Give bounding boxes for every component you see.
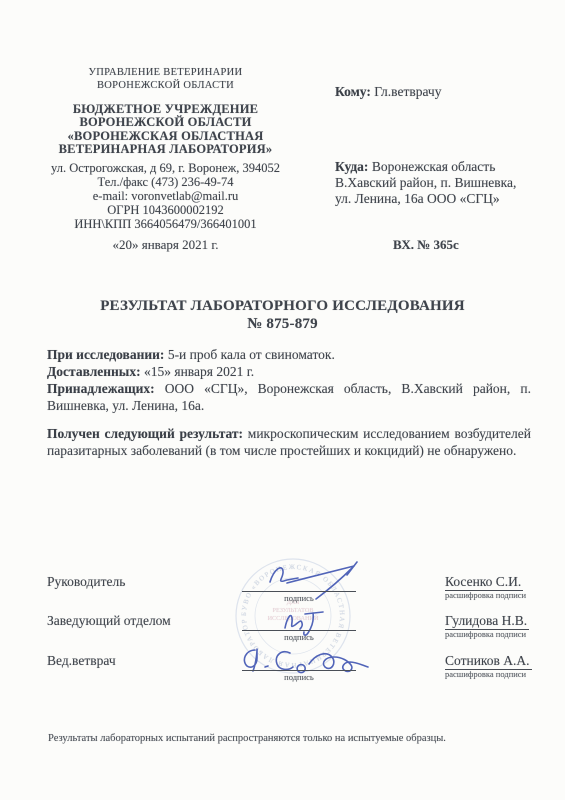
signature-decode-caption: расшифровка подписи xyxy=(445,669,526,679)
recipient-line: Кому: Гл.ветврачу xyxy=(335,84,540,100)
signature-line xyxy=(242,670,356,671)
result-label: Получен следующий результат: xyxy=(47,426,243,441)
org-phone: Тел./факс (473) 236-49-74 xyxy=(38,175,293,189)
authority-line: ВОРОНЕЖСКОЙ ОБЛАСТИ xyxy=(38,79,293,92)
signatory-role: Руководитель xyxy=(47,574,125,590)
footer-disclaimer: Результаты лабораторных испытаний распро… xyxy=(48,733,528,744)
document-number: № 875-879 xyxy=(0,315,565,333)
org-email: e-mail: voronvetlab@mail.ru xyxy=(38,189,293,203)
recipient-label: Кому: xyxy=(335,84,371,99)
signature-line xyxy=(242,630,356,631)
org-ogrn: ОГРН 1043600002192 xyxy=(38,203,293,217)
destination-block: Куда: Воронежская область В.Хавский райо… xyxy=(335,159,545,207)
signature-caption: подпись xyxy=(242,672,356,682)
organization-name: БЮДЖЕТНОЕ УЧРЕЖДЕНИЕ ВОРОНЕЖСКОЙ ОБЛАСТИ… xyxy=(38,103,293,157)
org-line: «ВОРОНЕЖСКАЯ ОБЛАСТНАЯ xyxy=(38,130,293,143)
destination-line: Куда: Воронежская область xyxy=(335,159,545,175)
signature-caption: подпись xyxy=(242,632,356,642)
authority-name: УПРАВЛЕНИЕ ВЕТЕРИНАРИИ ВОРОНЕЖСКОЙ ОБЛАС… xyxy=(38,66,293,92)
authority-line: УПРАВЛЕНИЕ ВЕТЕРИНАРИИ xyxy=(38,66,293,79)
destination-label: Куда: xyxy=(335,159,368,174)
destination-line: В.Хавский район, п. Вишневка, xyxy=(335,175,545,191)
document-date: «20» января 2021 г. xyxy=(38,237,293,253)
research-label: При исследовании: xyxy=(47,347,164,362)
contact-details: ул. Острогожская, д 69, г. Воронеж, 3940… xyxy=(38,161,293,231)
research-line: При исследовании: 5-и проб кала от свино… xyxy=(47,346,531,363)
delivered-label: Доставленных: xyxy=(47,364,141,379)
delivered-value: «15» января 2021 г. xyxy=(144,364,254,379)
research-value: 5-и проб кала от свиноматок. xyxy=(168,347,335,362)
signatory-name: Гулидова Н.В. xyxy=(445,613,529,630)
signature-row-head-of-department: Заведующий отделом подпись Гулидова Н.В.… xyxy=(0,613,565,655)
signature-decode-caption: расшифровка подписи xyxy=(445,590,526,600)
destination-value: Воронежская область xyxy=(372,159,496,174)
result-line: Получен следующий результат: микроскопич… xyxy=(47,425,531,459)
signature-row-lead-vet: Вед.ветврач подпись Сотников А.А. расшиф… xyxy=(0,653,565,695)
scanned-document-page: УПРАВЛЕНИЕ ВЕТЕРИНАРИИ ВОРОНЕЖСКОЙ ОБЛАС… xyxy=(0,0,565,800)
signature-line xyxy=(242,591,356,592)
signature-caption: подпись xyxy=(242,593,356,603)
destination-line: ул. Ленина, 16а ООО «СГЦ» xyxy=(335,191,545,207)
signatory-role: Вед.ветврач xyxy=(47,653,116,669)
document-body: При исследовании: 5-и проб кала от свино… xyxy=(47,346,531,459)
belongs-line: Принадлежащих: ООО «СГЦ», Воронежская об… xyxy=(47,380,531,414)
sender-header-block: УПРАВЛЕНИЕ ВЕТЕРИНАРИИ ВОРОНЕЖСКОЙ ОБЛАС… xyxy=(38,66,293,231)
signatory-name: Косенко С.И. xyxy=(445,574,523,591)
org-inn-kpp: ИНН\КПП 3664056479/366401001 xyxy=(38,217,293,231)
document-title-line: РЕЗУЛЬТАТ ЛАБОРАТОРНОГО ИССЛЕДОВАНИЯ xyxy=(0,297,565,315)
org-line: ВЕТЕРИНАРНАЯ ЛАБОРАТОРИЯ» xyxy=(38,143,293,156)
incoming-number: ВХ. № 365с xyxy=(393,237,459,253)
belongs-label: Принадлежащих: xyxy=(47,381,155,396)
org-address: ул. Острогожская, д 69, г. Воронеж, 3940… xyxy=(38,161,293,175)
org-line: ВОРОНЕЖСКОЙ ОБЛАСТИ xyxy=(38,116,293,129)
signature-decode-caption: расшифровка подписи xyxy=(445,629,526,639)
signatory-role: Заведующий отделом xyxy=(47,613,171,629)
recipient-value: Гл.ветврачу xyxy=(374,84,441,99)
delivered-line: Доставленных: «15» января 2021 г. xyxy=(47,363,531,380)
document-title: РЕЗУЛЬТАТ ЛАБОРАТОРНОГО ИССЛЕДОВАНИЯ № 8… xyxy=(0,297,565,333)
signature-row-director: Руководитель подпись Косенко С.И. расшиф… xyxy=(0,574,565,616)
signatory-name: Сотников А.А. xyxy=(445,653,532,670)
